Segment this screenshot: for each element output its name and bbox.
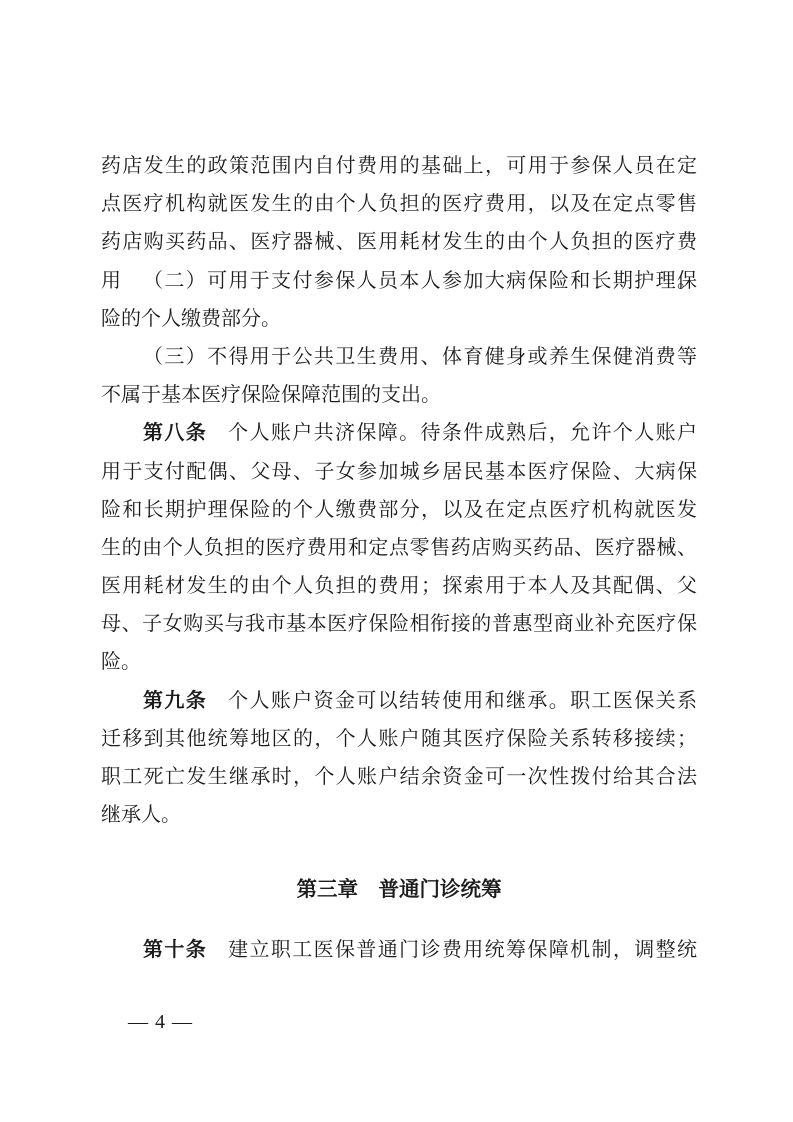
line-text: 用于支付配偶、父母、子女参加城乡居民基本医疗保险、大病保 [101,461,697,483]
paragraph-line: 母、子女购买与我市基本医疗保险相衔接的普惠型商业补充医疗保 [101,605,697,643]
paragraph-line: 点医疗机构就医发生的由个人负担的医疗费用，以及在定点零售 [101,185,697,223]
document-body: 药店发生的政策范围内自付费用的基础上，可用于参保人员在定 点医疗机构就医发生的由… [101,147,697,969]
paragraph-line: 迁移到其他统筹地区的，个人账户随其医疗保险关系转移接续； [101,720,697,758]
line-text: 迁移到其他统筹地区的，个人账户随其医疗保险关系转移接续； [101,728,697,750]
line-text: 职工死亡发生继承时，个人账户结余资金可一次性拨付给其合法 [101,766,697,788]
paragraph-line: 生的由个人负担的医疗费用和定点零售药店购买药品、医疗器械、 [101,529,697,567]
line-text: 医用耗材发生的由个人负担的费用；探索用于本人及其配偶、父 [101,575,697,597]
line-text: 险和长期护理保险的个人缴费部分，以及在定点医疗机构就医发 [101,499,697,521]
line-text: 险的个人缴费部分。 [101,308,281,330]
paragraph-line-item-3: （三）不得用于公共卫生费用、体育健身或养生保健消费等 [101,338,697,376]
paragraph-line: 险的个人缴费部分。 [101,300,697,338]
line-text: 继承人。 [101,804,181,826]
chapter-3-heading: 第三章 普通门诊统筹 [101,871,697,909]
article-9-line: 第九条个人账户资金可以结转使用和继承。职工医保关系 [101,682,697,720]
paragraph-line: 不属于基本医疗保险保障范围的支出。 [101,376,697,414]
line-text: 个人账户资金可以结转使用和继承。职工医保关系 [228,690,697,712]
page-number: — 4 — [128,1010,193,1034]
article-8-line: 第八条个人账户共济保障。待条件成熟后，允许个人账户 [101,414,697,452]
line-text: 个人账户共济保障。待条件成熟后，允许个人账户 [228,422,697,444]
line-text: 生的由个人负担的医疗费用和定点零售药店购买药品、医疗器械、 [101,537,697,559]
line-text: 母、子女购买与我市基本医疗保险相衔接的普惠型商业补充医疗保 [101,613,697,635]
paragraph-line: 医用耗材发生的由个人负担的费用；探索用于本人及其配偶、父 [101,567,697,605]
line-text: 点医疗机构就医发生的由个人负担的医疗费用，以及在定点零售 [101,193,697,215]
paragraph-line: 药店购买药品、医疗器械、医用耗材发生的由个人负担的医疗费用。 [101,223,697,261]
line-text: 建立职工医保普通门诊费用统筹保障机制，调整统 [228,939,697,961]
paragraph-line: 药店发生的政策范围内自付费用的基础上，可用于参保人员在定 [101,147,697,185]
paragraph-line: 险。 [101,643,697,681]
line-text: （二）可用于支付参保人员本人参加大病保险和长期护理保 [143,270,697,292]
line-text: 药店发生的政策范围内自付费用的基础上，可用于参保人员在定 [101,155,697,177]
paragraph-line: 职工死亡发生继承时，个人账户结余资金可一次性拨付给其合法 [101,758,697,796]
document-page: 药店发生的政策范围内自付费用的基础上，可用于参保人员在定 点医疗机构就医发生的由… [0,0,793,1122]
article-9-label: 第九条 [143,690,207,712]
line-text: （三）不得用于公共卫生费用、体育健身或养生保健消费等 [143,346,697,368]
paragraph-line: 继承人。 [101,796,697,834]
paragraph-line: 险和长期护理保险的个人缴费部分，以及在定点医疗机构就医发 [101,491,697,529]
paragraph-line-item-2: （二）可用于支付参保人员本人参加大病保险和长期护理保 [101,262,697,300]
article-8-label: 第八条 [143,422,207,444]
article-10-line: 第十条建立职工医保普通门诊费用统筹保障机制，调整统 [101,931,697,969]
article-10-label: 第十条 [143,939,207,961]
paragraph-line: 用于支付配偶、父母、子女参加城乡居民基本医疗保险、大病保 [101,453,697,491]
line-text: 不属于基本医疗保险保障范围的支出。 [101,384,441,406]
line-text: 险。 [101,651,141,673]
